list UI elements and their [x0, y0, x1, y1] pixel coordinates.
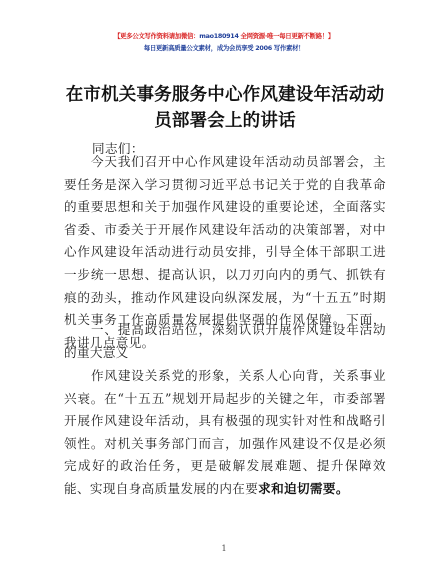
- promo-banner-line1: 【更多公文写作资料请加微信：mao180914 全网资源·唯一每日更新不断路！】: [0, 31, 448, 40]
- paragraph-body: 作风建设关系党的形象，关系人心向背，关系事业兴衰。在“十五五”规划开局起步的关键…: [64, 368, 386, 496]
- promo-wechat-id: mao180914: [199, 32, 238, 40]
- promo-text-b: 全网资源·唯一每日更新不断路！】: [239, 32, 334, 40]
- promo-text-a: 【更多公文写作资料请加微信：: [114, 32, 199, 40]
- promo-banner-line2: 每日更新高质量公文素材，成为会员享受 2006 写作素材！: [0, 43, 448, 52]
- document-page: 【更多公文写作资料请加微信：mao180914 全网资源·唯一每日更新不断路！】…: [0, 0, 448, 580]
- page-number: 1: [0, 544, 448, 553]
- section-heading-1: 一、提高政治站位，深刻认识开展作风建设年活动的重大意义: [64, 319, 386, 364]
- document-title: 在市机关事务服务中心作风建设年活动动员部署会上的讲话: [62, 82, 388, 134]
- paragraph-section-1: 作风建设关系党的形象，关系人心向背，关系事业兴衰。在“十五五”规划开局起步的关键…: [64, 365, 386, 501]
- paragraph-bold-tail: 求和迫切需要。: [258, 481, 349, 496]
